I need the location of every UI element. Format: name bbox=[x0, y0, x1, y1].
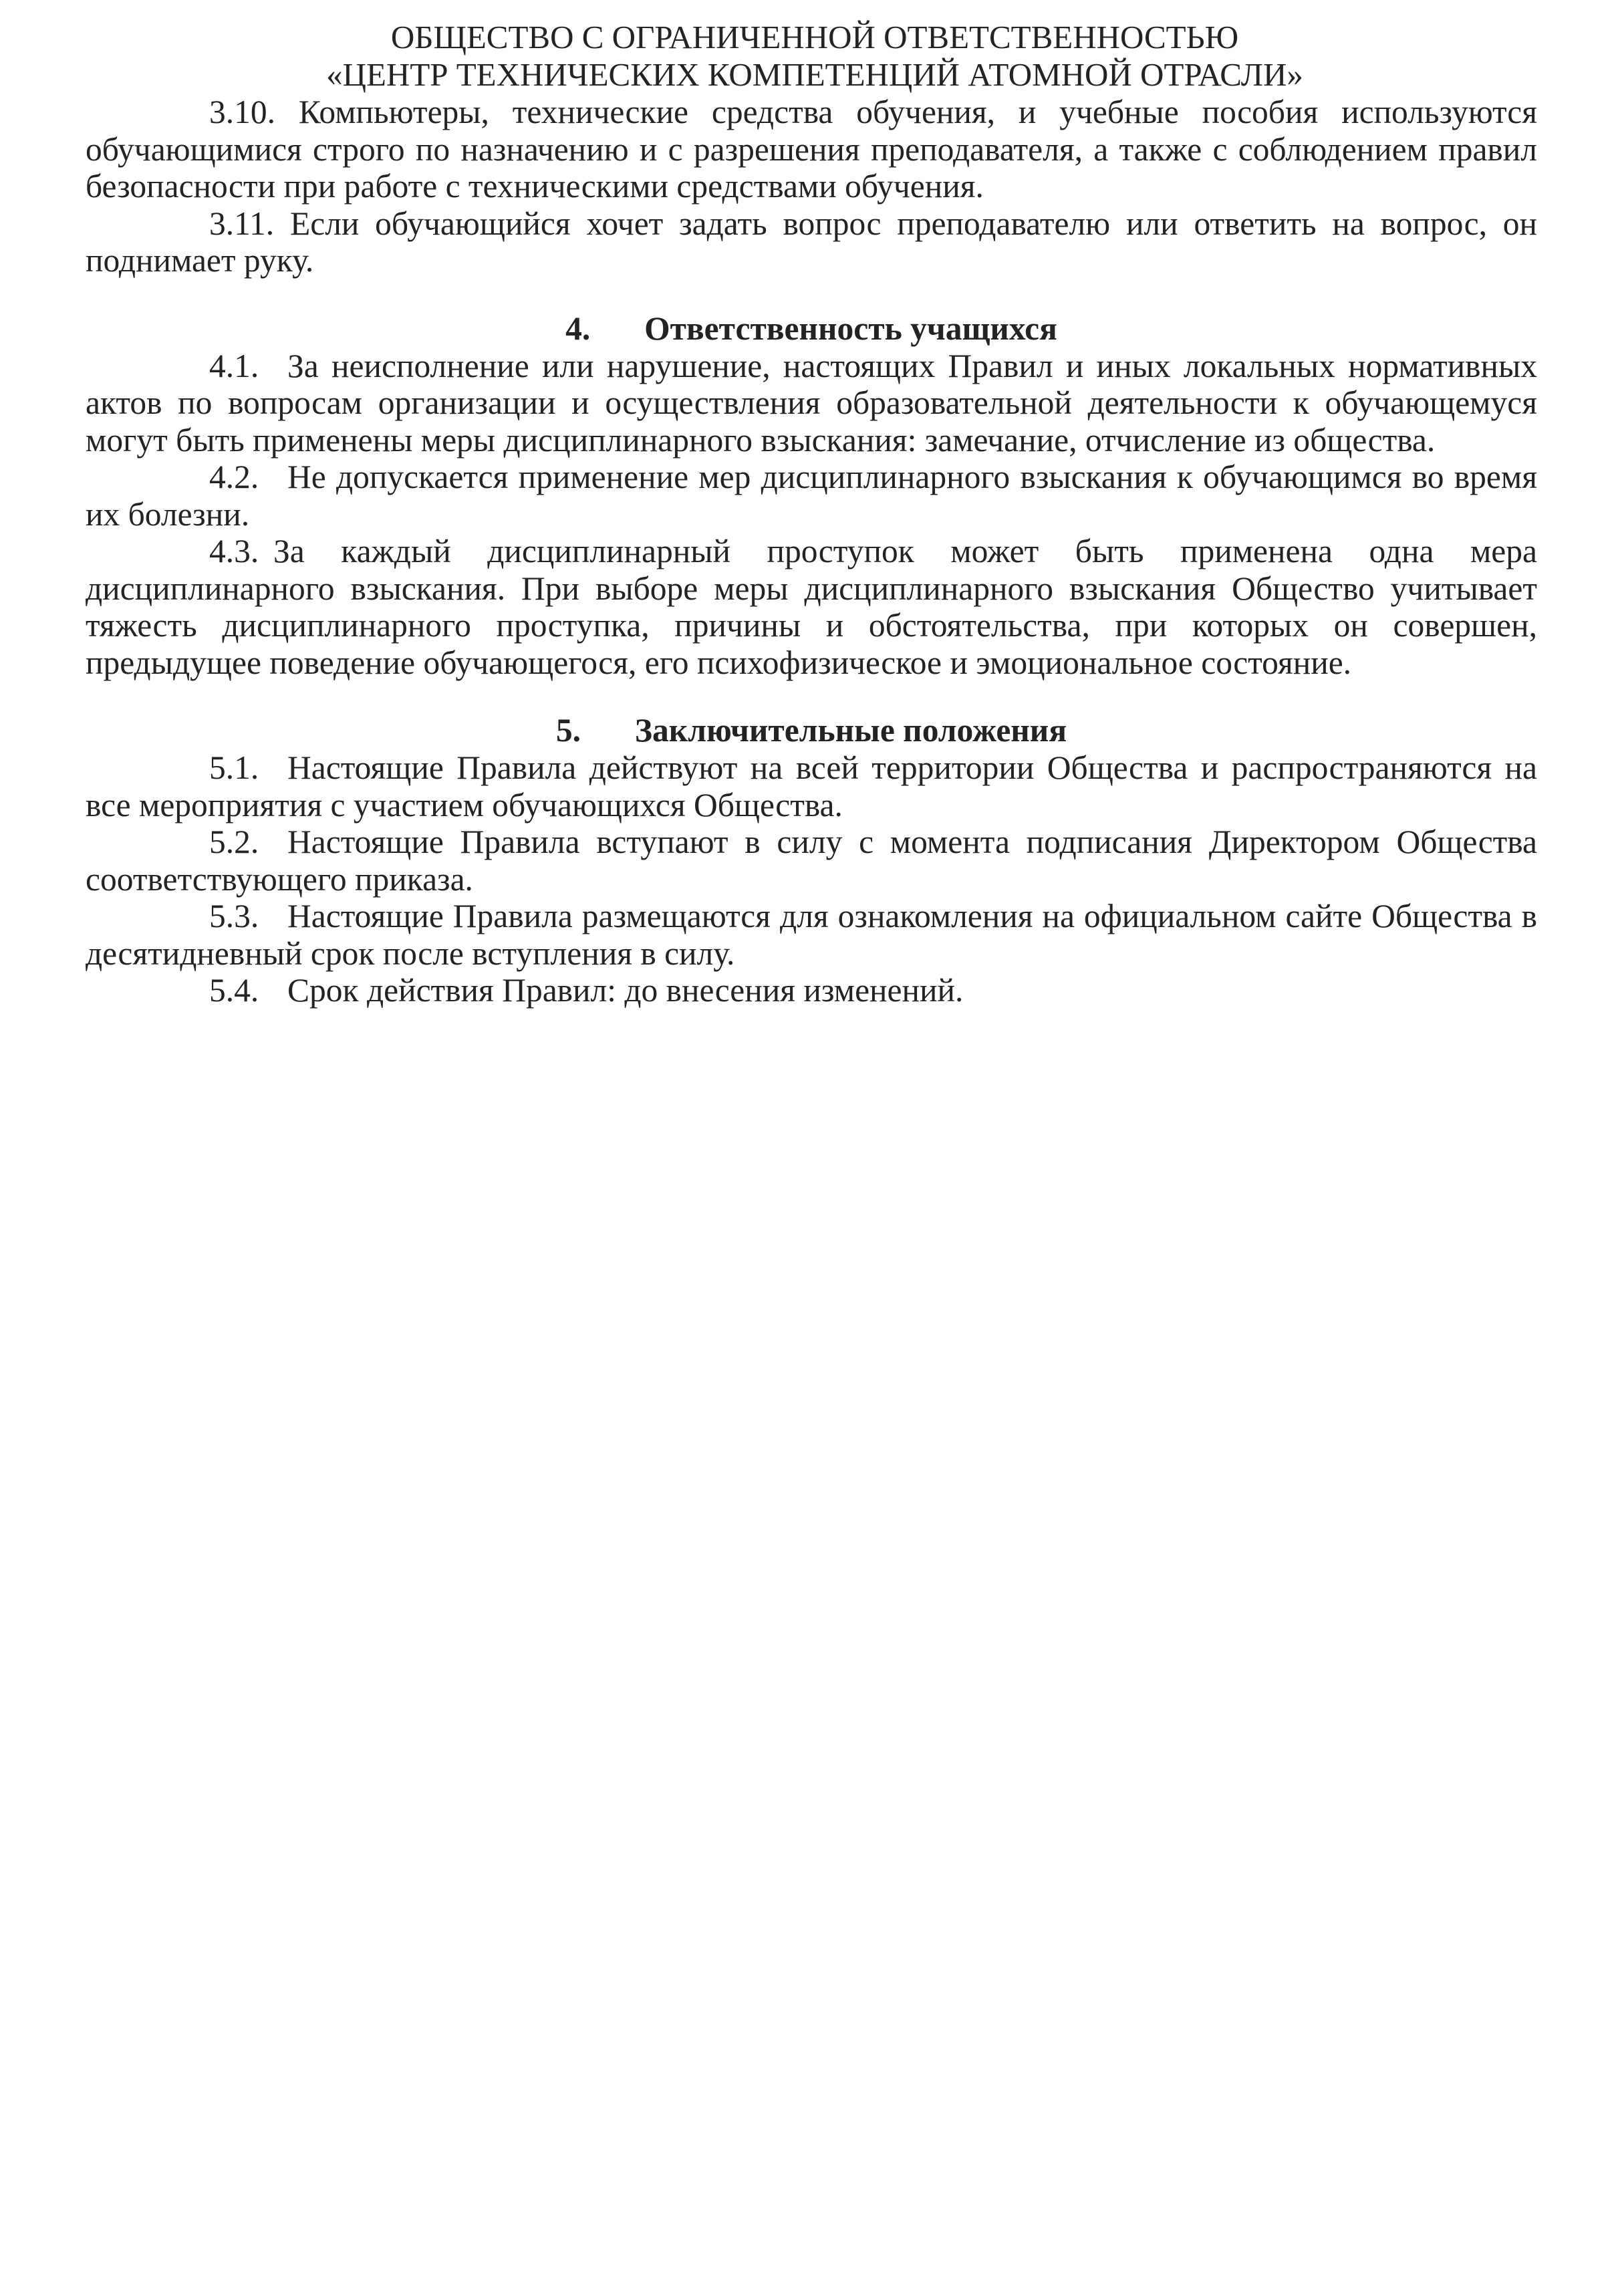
clause-number: 3.11. bbox=[209, 205, 274, 243]
clause-number: 4.2. bbox=[209, 459, 287, 496]
clause-number: 5.1. bbox=[209, 749, 287, 787]
section-title: Заключительные положения bbox=[635, 712, 1067, 749]
section-number: 5. bbox=[556, 712, 635, 749]
organization-name: «ЦЕНТР ТЕХНИЧЕСКИХ КОМПЕТЕНЦИЙ АТОМНОЙ О… bbox=[92, 56, 1537, 94]
clause-4-1: 4.1.За неисполнение или нарушение, насто… bbox=[86, 348, 1537, 459]
section-number: 4. bbox=[565, 310, 644, 348]
document-page: ОБЩЕСТВО С ОГРАНИЧЕННОЙ ОТВЕТСТВЕННОСТЬЮ… bbox=[86, 0, 1537, 1009]
section-title: Ответственность учащихся bbox=[644, 310, 1057, 347]
clause-number: 5.4. bbox=[209, 972, 287, 1009]
clause-number: 4.1. bbox=[209, 348, 287, 385]
clause-text: Срок действия Правил: до внесения измене… bbox=[287, 972, 963, 1009]
section-heading: 4.Ответственность учащихся bbox=[86, 310, 1537, 348]
clause-text: Компьютеры, технические средства обучени… bbox=[86, 94, 1537, 205]
clause-number: 5.2. bbox=[209, 823, 287, 861]
clause-5-4: 5.4.Срок действия Правил: до внесения из… bbox=[86, 972, 1537, 1009]
clause-number: 4.3. bbox=[209, 533, 273, 570]
clause-number: 3.10. bbox=[209, 94, 275, 131]
clause-3-10: 3.10. Компьютеры, технические средства о… bbox=[86, 94, 1537, 205]
clause-text: За каждый дисциплинарный проступок может… bbox=[86, 533, 1537, 681]
clause-text: За неисполнение или нарушение, настоящих… bbox=[86, 348, 1537, 459]
document-header: ОБЩЕСТВО С ОГРАНИЧЕННОЙ ОТВЕТСТВЕННОСТЬЮ… bbox=[92, 0, 1537, 94]
clause-5-2: 5.2.Настоящие Правила вступают в силу с … bbox=[86, 823, 1537, 898]
clause-4-2: 4.2.Не допускается применение мер дисцип… bbox=[86, 459, 1537, 533]
clause-5-1: 5.1.Настоящие Правила действуют на всей … bbox=[86, 749, 1537, 823]
clause-text: Настоящие Правила вступают в силу с моме… bbox=[86, 823, 1537, 898]
clause-text: Настоящие Правила действуют на всей терр… bbox=[86, 749, 1537, 823]
section-4: 4.Ответственность учащихся 4.1.За неиспо… bbox=[86, 310, 1537, 682]
clause-4-3: 4.3.За каждый дисциплинарный проступок м… bbox=[86, 533, 1537, 681]
section-3: 3.10. Компьютеры, технические средства о… bbox=[86, 94, 1537, 279]
blank-page-area bbox=[0, 1069, 1610, 2296]
clause-text: Настоящие Правила размещаются для ознако… bbox=[86, 898, 1537, 972]
clause-5-3: 5.3.Настоящие Правила размещаются для оз… bbox=[86, 898, 1537, 972]
clause-3-11: 3.11. Если обучающийся хочет задать вопр… bbox=[86, 205, 1537, 279]
section-heading: 5.Заключительные положения bbox=[86, 712, 1537, 749]
organization-type: ОБЩЕСТВО С ОГРАНИЧЕННОЙ ОТВЕТСТВЕННОСТЬЮ bbox=[92, 19, 1537, 56]
section-5: 5.Заключительные положения 5.1.Настоящие… bbox=[86, 712, 1537, 1009]
clause-number: 5.3. bbox=[209, 898, 287, 935]
clause-text: Если обучающийся хочет задать вопрос пре… bbox=[86, 205, 1537, 279]
clause-text: Не допускается применение мер дисциплина… bbox=[86, 459, 1537, 533]
